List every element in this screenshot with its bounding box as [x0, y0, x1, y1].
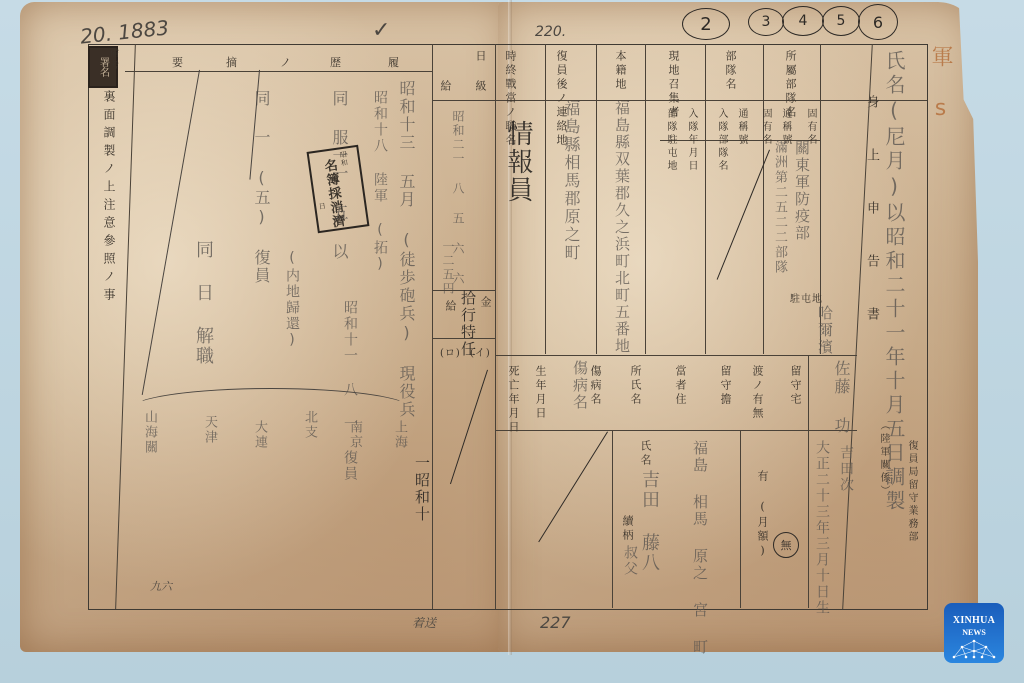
domicile-value: 福島縣双葉郡久之浜町北町五番地 — [612, 100, 633, 355]
unit-code-value: 滿洲第二五二二部隊 — [770, 140, 789, 275]
history-entry-4: 同 一 (五) 復員 — [250, 90, 273, 285]
place-3: 大連 — [250, 420, 269, 450]
place-4: 北支 — [300, 410, 319, 440]
header-summary-2: 摘 — [226, 54, 238, 70]
check-mark: ✓ — [372, 18, 390, 43]
circled-number-2: 2 — [682, 8, 730, 40]
label-death-date: 死亡年月日 — [508, 365, 519, 435]
person-name-value: 佐藤 功 — [830, 360, 853, 435]
place-1: 山海關 — [140, 410, 159, 455]
right-margin-handwriting: 氏名(尼月)以昭和二十一年十月五日調製 — [880, 50, 909, 514]
salary-handwriting: 一二五円 — [440, 240, 457, 296]
header-history-2: 履 — [388, 54, 400, 70]
label-home: 留守宅 — [790, 365, 801, 407]
place-6: 上海 — [390, 420, 409, 450]
circled-number-5: 5 — [822, 6, 860, 36]
history-entry-resign: 同 日 解職 — [190, 240, 216, 366]
label-person-address: 當者住 — [675, 365, 686, 407]
label-guardian-name: 氏名 — [640, 440, 651, 468]
subheader-enlist-date: 入隊年月日 — [686, 108, 696, 173]
history-entry-3: 同 服一一 五 以 — [328, 90, 351, 261]
guardian-address-value: 福島 相馬 原之 宮 町 — [690, 440, 711, 656]
label-salary-2: 給 — [445, 300, 456, 314]
red-annotation: 軍 s — [925, 45, 956, 123]
xinhua-news-logo: XINHUA NEWS — [944, 603, 1004, 663]
label-name-place: 所氏名 — [630, 365, 641, 407]
place-5: 南京 — [345, 420, 364, 450]
label-transfer: 渡ノ有無 — [752, 365, 763, 421]
logo-line2: NEWS — [944, 628, 1004, 637]
header-remarks: 備考 — [108, 48, 117, 72]
label-station: 駐屯地 — [790, 290, 823, 305]
label-permanent-domicile: 本籍地 — [615, 50, 626, 92]
bottom-number: 227 — [540, 613, 571, 632]
bottom-left-note: 着送 — [412, 614, 436, 631]
injury-value: 傷病名 — [570, 360, 591, 411]
header-history-1: 歴 — [330, 54, 342, 70]
label-unit-name: 部隊名 — [725, 50, 736, 92]
allowance-circled-none: 無 — [773, 532, 799, 558]
header-summary-3: ノ — [280, 54, 292, 70]
label-salary: 給 — [440, 80, 451, 94]
bracket-curve — [130, 388, 412, 430]
label-relation: 續柄 — [622, 515, 633, 543]
history-entry-1: 昭和十三 五月 (徒歩砲兵) 現役兵 — [395, 80, 418, 419]
circled-number-3: 3 — [748, 8, 784, 36]
top-center-number: 220. — [535, 24, 566, 40]
circled-number-4: 4 — [782, 6, 824, 36]
header-summary-1: 要 — [172, 54, 184, 70]
subheader-enlist-unit: 入隊部隊名 — [716, 108, 726, 173]
label-amount: 金 — [480, 296, 491, 310]
remarks-instruction: 裏面調製ノ上注意參照ノ事 — [103, 90, 115, 306]
label-allowance: 有 (月額) — [757, 470, 768, 560]
birth-date-value: 大正二十三年三月十日生 — [812, 440, 832, 616]
position-value: 情報員 — [500, 120, 537, 204]
label-i: (イ) — [470, 344, 491, 359]
subheader-name-1: 固有名 — [760, 108, 770, 147]
relation-value: 叔父 — [620, 545, 640, 577]
subheader-unit-station: 部隊駐屯地 — [665, 108, 675, 173]
logo-line1: XINHUA — [944, 615, 1004, 626]
place-number: 九六 — [150, 578, 172, 594]
globe-network-icon — [952, 637, 996, 659]
station-value: 哈爾濱 — [815, 305, 836, 356]
birth-name-value: 吉田次 — [836, 445, 856, 493]
label-caretaker: 留守擔 — [720, 365, 731, 407]
label-rank: 級 — [475, 80, 486, 94]
circled-number-6: 6 — [858, 4, 898, 40]
label-birth-date: 生年月日 — [535, 365, 546, 421]
label-ro: (ロ) — [440, 344, 461, 359]
subheader-code-1: 通稱號 — [736, 108, 746, 147]
unit-value: 關東軍防疫部 — [792, 140, 813, 242]
slash-note: 一昭和十 — [412, 455, 433, 523]
history-entry-2: 昭和十八 陸軍 (拓) — [370, 90, 390, 274]
place-2: 天津 — [200, 415, 219, 445]
history-entry-6: (内地歸還) — [282, 250, 302, 350]
label-date: 日 — [475, 50, 486, 64]
form-title: 身上申告書 — [865, 95, 878, 360]
label-injury: 傷病名 — [590, 365, 601, 407]
contact-value: 福島縣相馬郡原之町 — [560, 100, 583, 262]
